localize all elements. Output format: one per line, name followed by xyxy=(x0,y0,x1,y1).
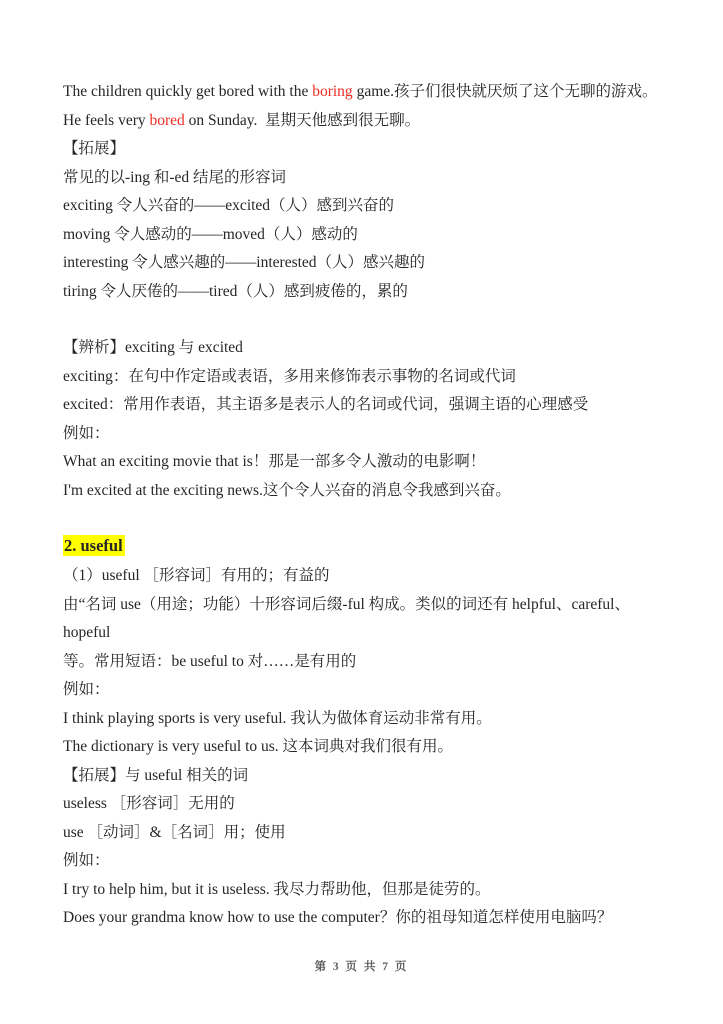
red-word-bored: bored xyxy=(150,112,185,129)
example-label: 例如： xyxy=(63,420,665,449)
page-number-footer: 第 3 页 共 7 页 xyxy=(0,958,723,974)
highlighted-heading: 2. useful xyxy=(63,535,125,556)
example-label: 例如： xyxy=(63,676,665,705)
example-sentence: I try to help him, but it is useless. 我尽… xyxy=(63,876,665,905)
sentence-text: He feels very xyxy=(63,112,150,129)
formation-line: 由“名词 use（用途；功能）十形容词后缀-ful 构成。类似的词还有 help… xyxy=(63,591,665,648)
example-sentence: The dictionary is very useful to us. 这本词… xyxy=(63,733,665,762)
adjective-pair: moving 令人感动的——moved（人）感动的 xyxy=(63,221,665,250)
blank-line xyxy=(63,306,665,334)
example-sentence: I think playing sports is very useful. 我… xyxy=(63,705,665,734)
formation-line: 等。常用短语：be useful to 对……是有用的 xyxy=(63,648,665,677)
sentence-text: The children quickly get bored with the xyxy=(63,83,312,100)
adjective-pair: exciting 令人兴奋的——excited（人）感到兴奋的 xyxy=(63,192,665,221)
example-sentence: I'm excited at the exciting news.这个令人兴奋的… xyxy=(63,477,665,506)
example-label: 例如： xyxy=(63,847,665,876)
section-heading-useful: 2. useful xyxy=(63,531,665,562)
related-word: useless ［形容词］无用的 xyxy=(63,790,665,819)
document-body: The children quickly get bored with the … xyxy=(0,0,723,933)
blank-line xyxy=(63,505,665,531)
sentence-boring-example: The children quickly get bored with the … xyxy=(63,78,665,107)
analysis-title: 【辨析】exciting 与 excited xyxy=(63,334,665,363)
document-page: The children quickly get bored with the … xyxy=(0,0,723,1024)
analysis-line: excited：常用作表语，其主语多是表示人的名词或代词，强调主语的心理感受 xyxy=(63,391,665,420)
related-word: use ［动词］&［名词］用；使用 xyxy=(63,819,665,848)
adjective-pair: tiring 令人厌倦的——tired（人）感到疲倦的，累的 xyxy=(63,278,665,307)
sentence-text: game.孩子们很快就厌烦了这个无聊的游戏。 xyxy=(353,83,658,100)
expansion-label: 【拓展】 xyxy=(63,135,665,164)
adjective-pair: interesting 令人感兴趣的——interested（人）感兴趣的 xyxy=(63,249,665,278)
example-sentence: Does your grandma know how to use the co… xyxy=(63,904,665,933)
analysis-line: exciting：在句中作定语或表语，多用来修饰表示事物的名词或代词 xyxy=(63,363,665,392)
sentence-text: on Sunday. 星期天他感到很无聊。 xyxy=(185,112,420,129)
expansion-title: 【拓展】与 useful 相关的词 xyxy=(63,762,665,791)
sentence-bored-example: He feels very bored on Sunday. 星期天他感到很无聊… xyxy=(63,107,665,136)
definition-line: （1）useful ［形容词］有用的；有益的 xyxy=(63,562,665,591)
red-word-boring: boring xyxy=(312,83,352,100)
expansion-intro: 常见的以-ing 和-ed 结尾的形容词 xyxy=(63,164,665,193)
example-sentence: What an exciting movie that is！那是一部多令人激动… xyxy=(63,448,665,477)
